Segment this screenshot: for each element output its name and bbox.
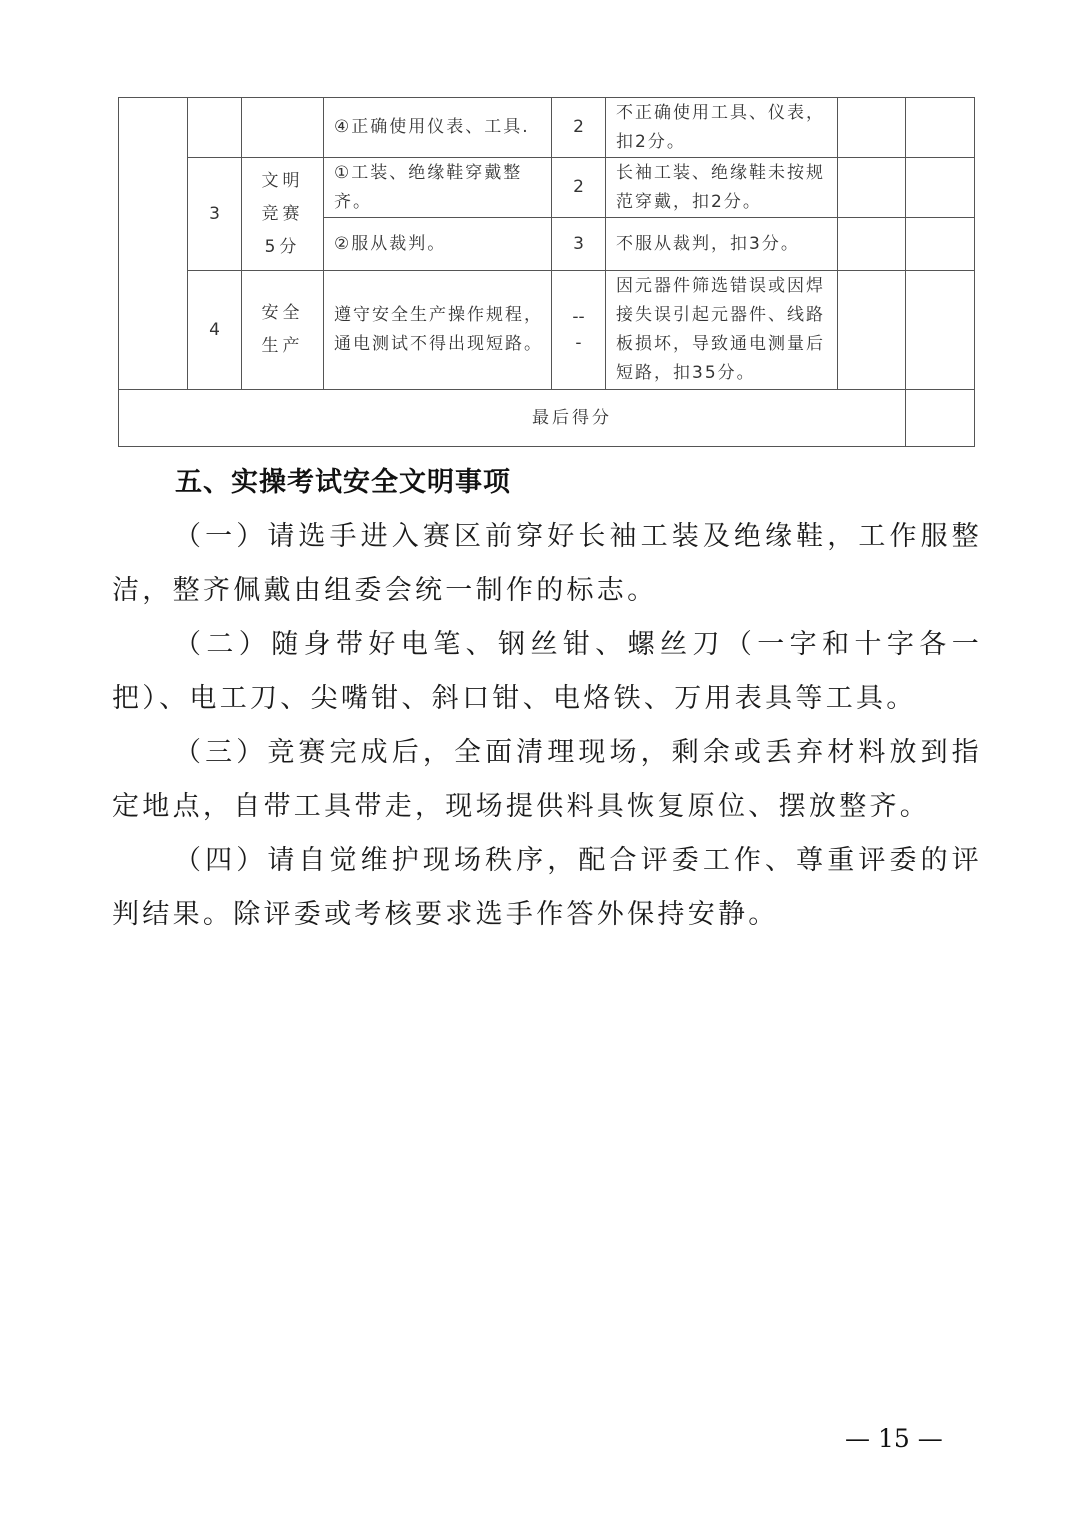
table-cell-item: ①工装、绝缘鞋穿戴整齐。 [324,158,552,218]
paragraph-4: （四）请自觉维护现场秩序，配合评委工作、尊重评委的评判结果。除评委或考核要求选手… [112,834,982,942]
final-score-label: 最后得分 [119,390,906,447]
table-cell-blank [906,98,975,158]
table-cell-empty [119,98,188,390]
table-row: 3 文明 竞赛 5分 ①工装、绝缘鞋穿戴整齐。 2 长袖工装、绝缘鞋未按规范穿戴… [119,158,975,218]
paragraph-3: （三）竞赛完成后，全面清理现场，剩余或丢弃材料放到指定地点，自带工具带走，现场提… [112,726,982,834]
category-line: 生产 [242,330,323,363]
paragraph-2: （二）随身带好电笔、钢丝钳、螺丝刀（一字和十字各一把）、电工刀、尖嘴钳、斜口钳、… [112,618,982,726]
table-cell-blank [906,218,975,271]
table-cell-blank [838,158,906,218]
table-cell-deduction: 因元器件筛选错误或因焊接失误引起元器件、线路板损坏，导致通电测量后短路，扣35分… [606,271,838,390]
table-cell-no: 3 [188,158,242,271]
paragraph-1: （一）请选手进入赛区前穿好长袖工装及绝缘鞋，工作服整洁，整齐佩戴由组委会统一制作… [112,510,982,618]
table-cell-blank [838,98,906,158]
score-line: -- [552,304,605,330]
category-line: 竞赛 [242,198,323,231]
table-cell-item: ④正确使用仪表、工具. [324,98,552,158]
table-cell-category [242,98,324,158]
table-cell-blank [906,158,975,218]
category-line: 安全 [242,297,323,330]
table-cell-blank [906,271,975,390]
table-cell-category: 文明 竞赛 5分 [242,158,324,271]
table-cell-blank [838,218,906,271]
table-cell-no [188,98,242,158]
category-line: 5分 [242,231,323,264]
table-cell-deduction: 长袖工装、绝缘鞋未按规范穿戴，扣2分。 [606,158,838,218]
table-cell-deduction: 不服从裁判，扣3分。 [606,218,838,271]
table-cell-item: 遵守安全生产操作规程，通电测试不得出现短路。 [324,271,552,390]
table-cell-deduction: 不正确使用工具、仪表，扣2分。 [606,98,838,158]
score-line: - [552,330,605,356]
table-row: 4 安全 生产 遵守安全生产操作规程，通电测试不得出现短路。 -- - 因元器件… [119,271,975,390]
table-row: ④正确使用仪表、工具. 2 不正确使用工具、仪表，扣2分。 [119,98,975,158]
table-cell-score: 2 [552,158,606,218]
table-cell-category: 安全 生产 [242,271,324,390]
table-cell-score: 3 [552,218,606,271]
table-cell-score: -- - [552,271,606,390]
table-row-final: 最后得分 [119,390,975,447]
table-cell-item: ②服从裁判。 [324,218,552,271]
final-score-value [906,390,975,447]
section-title: 五、实操考试安全文明事项 [175,460,511,499]
scoring-table: ④正确使用仪表、工具. 2 不正确使用工具、仪表，扣2分。 3 文明 竞赛 5分… [118,97,975,447]
category-line: 文明 [242,165,323,198]
table-cell-no: 4 [188,271,242,390]
table-cell-blank [838,271,906,390]
table-cell-score: 2 [552,98,606,158]
page-number: — 15 — [845,1424,943,1453]
